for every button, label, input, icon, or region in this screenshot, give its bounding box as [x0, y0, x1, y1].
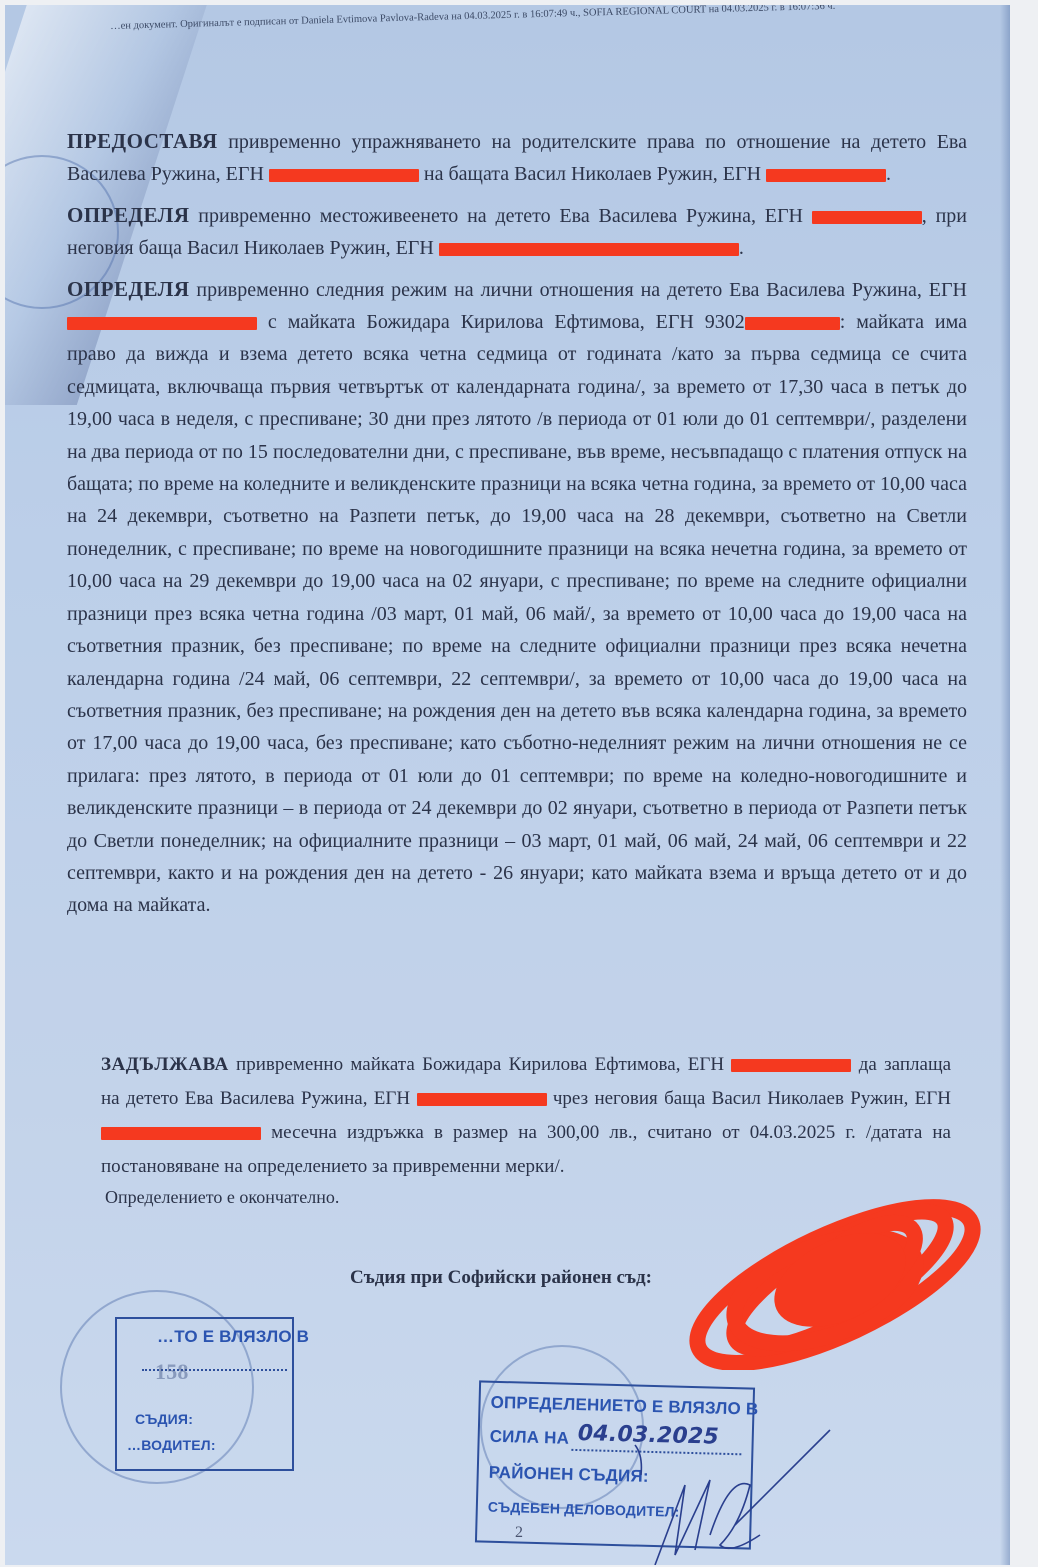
redaction-mark: [731, 1059, 851, 1072]
text: .: [739, 237, 744, 259]
e-signature-note: …ен документ. Оригиналът е подписан от D…: [110, 5, 1010, 32]
redaction-mark: [766, 169, 886, 182]
page-number: 2: [515, 1524, 523, 1542]
redaction-mark: [745, 317, 840, 330]
redaction-mark: [417, 1093, 547, 1106]
text: привременно следния режим на лични отнош…: [190, 279, 968, 301]
entry-into-force-stamp-left: …ТО Е ВЛЯЗЛО В 158 СЪДИЯ: …ВОДИТЕЛ:: [115, 1317, 294, 1471]
keyword: ОПРЕДЕЛЯ: [67, 277, 190, 301]
redaction-mark: [67, 317, 257, 330]
seal-number: 158: [155, 1359, 189, 1385]
paragraph-visitation-regime: ОПРЕДЕЛЯ привременно следния режим на ли…: [67, 273, 967, 922]
paragraph-residence: ОПРЕДЕЛЯ привременно местоживеенето на д…: [67, 199, 967, 265]
paragraph-child-support: ЗАДЪЛЖАВА привременно майката Божидара К…: [101, 1048, 951, 1184]
text: чрез неговия баща Васил Николаев Ружин, …: [547, 1088, 952, 1109]
paragraph-grant-custody: ПРЕДОСТАВЯ привременно упражняването на …: [67, 125, 967, 191]
redaction-mark: [101, 1127, 261, 1140]
clerk-signature: [615, 1425, 835, 1565]
redaction-mark: [439, 243, 739, 256]
text: на бащата Васил Николаев Ружин, ЕГН: [419, 163, 766, 185]
text: : майката има право да вижда и взема дет…: [67, 311, 967, 916]
stamp-text: …ТО Е ВЛЯЗЛО В: [157, 1327, 309, 1347]
text: .: [886, 163, 891, 185]
stamp-text: …ВОДИТЕЛ:: [127, 1437, 216, 1453]
stamp-text: ОПРЕДЕЛЕНИЕТО Е ВЛЯЗЛО В: [490, 1393, 758, 1420]
text: привременно майката Божидара Кирилова Еф…: [229, 1054, 732, 1075]
redaction-mark: [812, 211, 922, 224]
keyword: ЗАДЪЛЖАВА: [101, 1054, 229, 1075]
keyword: ОПРЕДЕЛЯ: [67, 203, 190, 227]
document-body: ПРЕДОСТАВЯ привременно упражняването на …: [67, 125, 967, 922]
keyword: ПРЕДОСТАВЯ: [67, 129, 218, 153]
text: с майката Божидара Кирилова Ефтимова, ЕГ…: [257, 311, 745, 333]
final-note: Определението е окончателно.: [105, 1187, 339, 1208]
document-photo: …ен документ. Оригиналът е подписан от D…: [5, 5, 1010, 1565]
judge-signature-label: Съдия при Софийски районен съд:: [350, 1267, 652, 1289]
text: привременно местоживеенето на детето Ева…: [190, 205, 812, 227]
signature-redaction-scribble: [665, 1190, 1005, 1370]
redaction-mark: [269, 169, 419, 182]
stamp-text: СИЛА НА: [489, 1427, 569, 1449]
stamp-text: СЪДИЯ:: [135, 1411, 193, 1427]
